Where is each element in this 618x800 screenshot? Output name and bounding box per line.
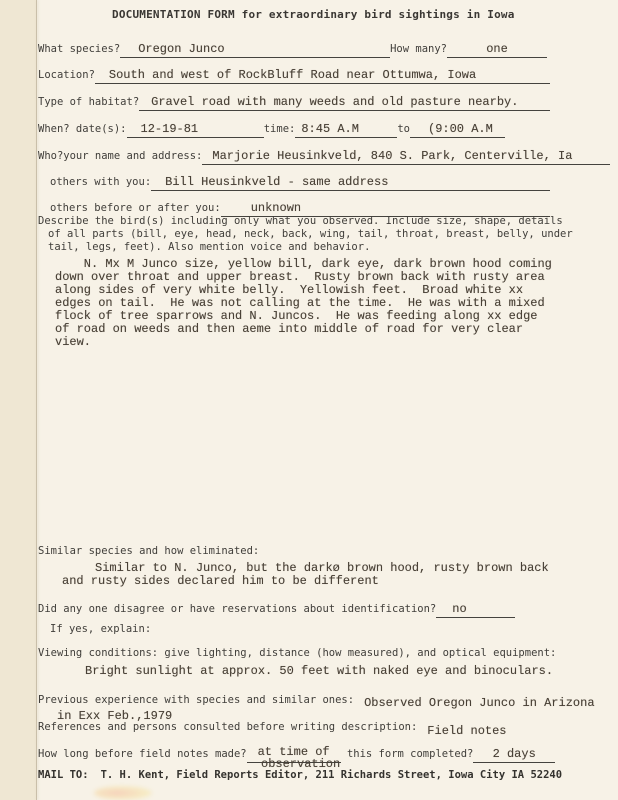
scan-margin-strip xyxy=(0,0,36,800)
others-before-field: unknown xyxy=(221,196,550,217)
form-title: DOCUMENTATION FORM for extraordinary bir… xyxy=(112,8,515,21)
date-field: 12-19-81 xyxy=(127,117,264,138)
describe-prompt-line3: tail, legs, feet). Also mention voice an… xyxy=(48,241,370,253)
description-line1: N. Mx M Junco size, yellow bill, dark ey… xyxy=(55,257,552,271)
similar-species-line1: Similar to N. Junco, but the darkø brown… xyxy=(95,561,549,575)
description-line6: of road on weeds and then aeme into midd… xyxy=(55,322,523,336)
describe-prompt-line2: of all parts (bill, eye, head, neck, bac… xyxy=(48,228,573,240)
habitat-value: Gravel road with many weeds and old past… xyxy=(151,95,518,109)
references-row: References and persons consulted before … xyxy=(38,720,507,734)
others-before-value: unknown xyxy=(251,201,301,215)
previous-value: Observed Oregon Junco in Arizona xyxy=(364,696,594,710)
viewing-value: Bright sunlight at approx. 50 feet with … xyxy=(85,664,553,678)
who-row: Who?your name and address: Marjorie Heus… xyxy=(38,144,610,165)
time-to-label: to xyxy=(397,123,410,135)
description-line2: down over throat and upper breast. Rusty… xyxy=(55,270,545,284)
describe-prompt-line1: Describe the bird(s) including only what… xyxy=(38,215,563,227)
time-start-value: 8:45 A.M xyxy=(301,122,359,136)
references-label: References and persons consulted before … xyxy=(38,721,417,733)
form-completed-label: this form completed? xyxy=(341,748,474,760)
species-label: What species? xyxy=(38,43,120,55)
description-line7: view. xyxy=(55,335,91,349)
how-long-label: How long before field notes made? xyxy=(38,748,247,760)
scan-smudge-mark xyxy=(94,786,152,800)
location-field: South and west of RockBluff Road near Ot… xyxy=(95,63,550,84)
previous-label: Previous experience with species and sim… xyxy=(38,694,354,706)
habitat-label: Type of habitat? xyxy=(38,96,139,108)
time-end-field: (9:00 A.M xyxy=(410,117,505,138)
form-completed-value: 2 days xyxy=(493,747,536,761)
others-with-row: others with you: Bill Heusinkveld - same… xyxy=(50,170,550,191)
who-label: Who?your name and address: xyxy=(38,150,202,162)
references-value: Field notes xyxy=(427,724,506,738)
who-value: Marjorie Heusinkveld, 840 S. Park, Cente… xyxy=(212,149,572,163)
how-many-field: one xyxy=(447,37,547,58)
similar-species-line2: and rusty sides declared him to be diffe… xyxy=(62,574,379,588)
mail-to-label: MAIL TO: xyxy=(38,769,89,781)
location-value: South and west of RockBluff Road near Ot… xyxy=(109,68,476,82)
mail-to-row: MAIL TO: T. H. Kent, Field Reports Edito… xyxy=(38,769,562,781)
time-end-value: (9:00 A.M xyxy=(428,122,493,136)
similar-species-label: Similar species and how eliminated: xyxy=(38,545,259,557)
time-label: time: xyxy=(264,123,296,135)
others-with-field: Bill Heusinkveld - same address xyxy=(151,170,550,191)
time-start-field: 8:45 A.M xyxy=(295,117,397,138)
habitat-field: Gravel road with many weeds and old past… xyxy=(139,90,550,111)
if-yes-label: If yes, explain: xyxy=(50,623,151,635)
disagree-row: Did any one disagree or have reservation… xyxy=(38,597,515,618)
paper-edge-line xyxy=(36,0,37,800)
how-many-value: one xyxy=(486,42,508,56)
how-many-label: How many? xyxy=(390,43,447,55)
when-row: When? date(s): 12-19-81 time: 8:45 A.M t… xyxy=(38,117,505,138)
habitat-row: Type of habitat? Gravel road with many w… xyxy=(38,90,550,111)
date-value: 12-19-81 xyxy=(141,122,199,136)
location-label: Location? xyxy=(38,69,95,81)
others-before-label: others before or after you: xyxy=(50,202,221,214)
others-with-label: others with you: xyxy=(50,176,151,188)
disagree-label: Did any one disagree or have reservation… xyxy=(38,603,436,615)
previous-row: Previous experience with species and sim… xyxy=(38,693,595,707)
species-value: Oregon Junco xyxy=(138,42,224,56)
location-row: Location? South and west of RockBluff Ro… xyxy=(38,63,550,84)
form-completed-field: 2 days xyxy=(473,742,555,763)
disagree-value: no xyxy=(452,602,466,616)
disagree-field: no xyxy=(436,597,515,618)
description-line3: along sides of very white belly. Yellowi… xyxy=(55,283,523,297)
others-with-value: Bill Heusinkveld - same address xyxy=(165,175,388,189)
scanned-document-page: DOCUMENTATION FORM for extraordinary bir… xyxy=(0,0,618,800)
mail-to-value: T. H. Kent, Field Reports Editor, 211 Ri… xyxy=(101,769,562,781)
when-label: When? date(s): xyxy=(38,123,127,135)
others-before-row: others before or after you: unknown xyxy=(50,196,550,217)
species-row: What species? Oregon Junco How many? one xyxy=(38,37,547,58)
viewing-label: Viewing conditions: give lighting, dista… xyxy=(38,647,556,659)
who-field: Marjorie Heusinkveld, 840 S. Park, Cente… xyxy=(202,144,610,165)
description-line5: flock of tree sparrows and N. Juncos. He… xyxy=(55,309,537,323)
species-field: Oregon Junco xyxy=(120,37,390,58)
description-line4: edges on tail. He was not calling at the… xyxy=(55,296,545,310)
